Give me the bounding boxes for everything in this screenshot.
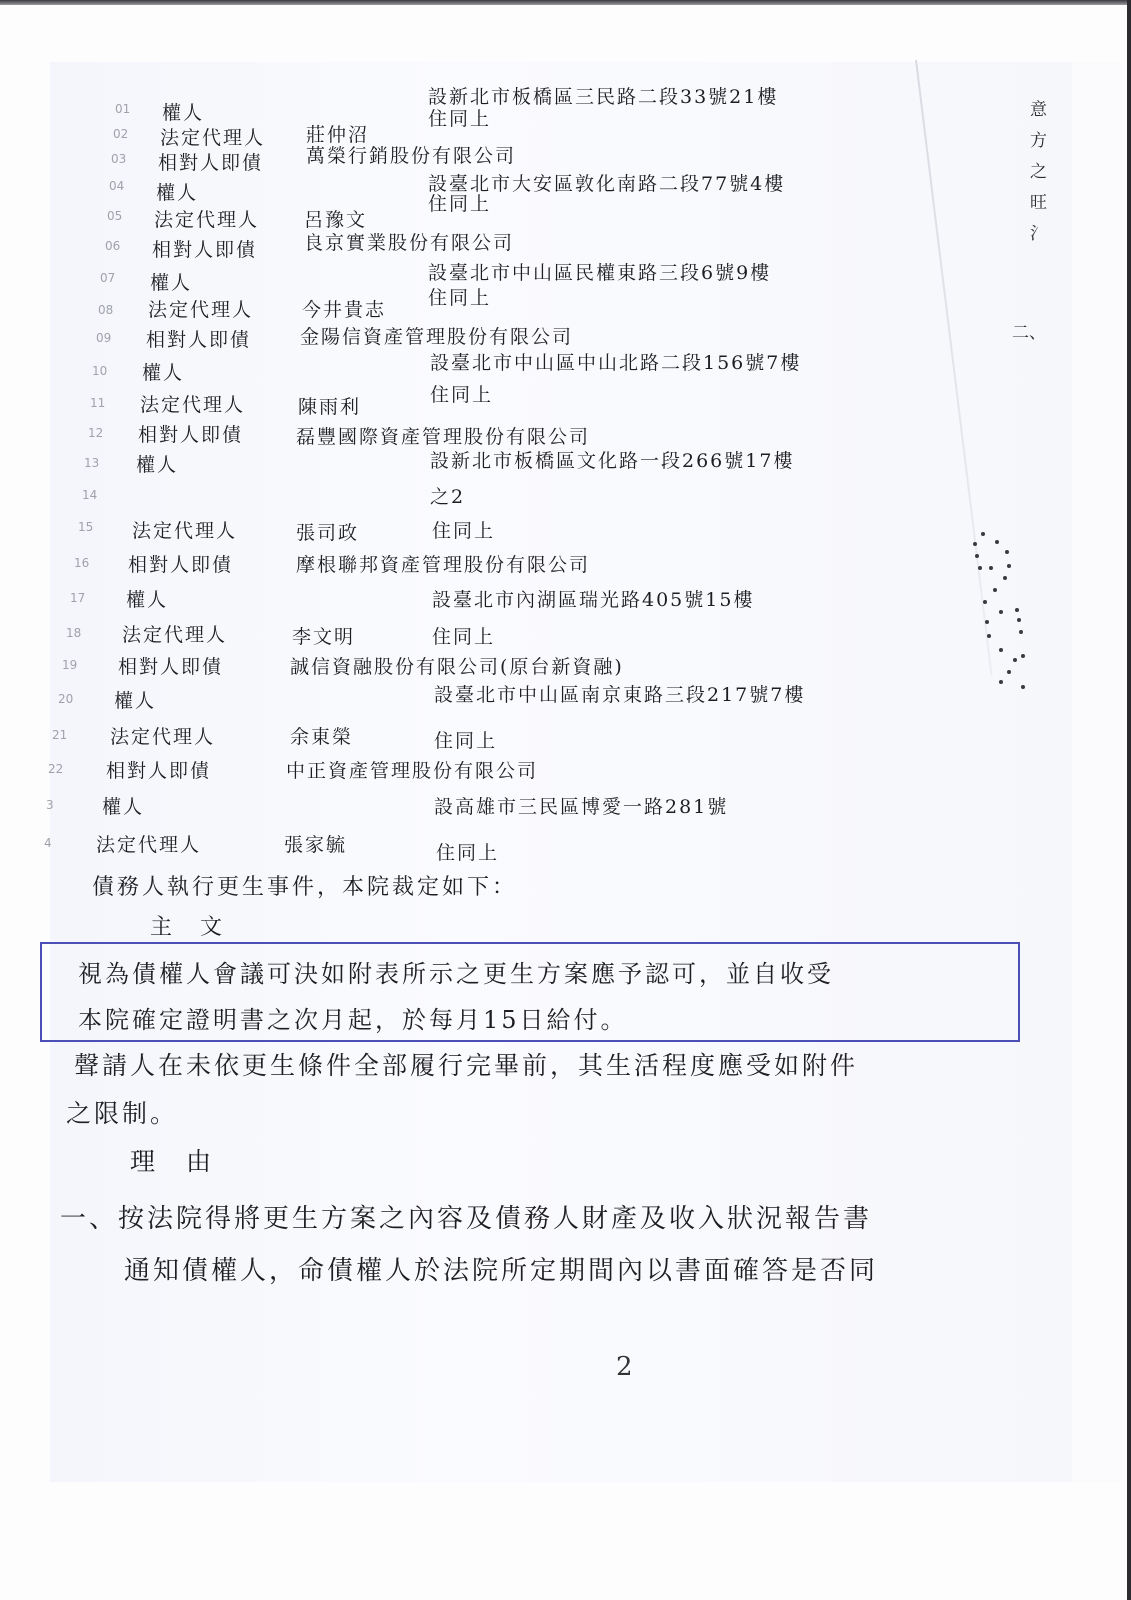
party-address: 住同上 — [436, 838, 499, 865]
party-role: 法定代理人 — [148, 295, 253, 322]
line-number: 02 — [113, 127, 128, 141]
line-number: 11 — [90, 396, 105, 410]
party-role: 法定代理人 — [96, 830, 201, 857]
party-role: 權人 — [114, 686, 156, 713]
line-number: 01 — [115, 102, 130, 116]
party-role: 權人 — [150, 268, 192, 295]
party-role: 權人 — [136, 450, 178, 477]
party-role: 權人 — [162, 98, 204, 125]
adjacent-page-strip — [1072, 62, 1122, 1482]
adjacent-char: 意 — [1030, 95, 1070, 126]
party-role: 相對人即債 — [128, 550, 233, 577]
party-name: 磊豐國際資產管理股份有限公司 — [296, 422, 590, 449]
line-number: 08 — [98, 303, 113, 317]
party-address: 設臺北市中山區民權東路三段6號9樓 — [428, 258, 771, 285]
party-role: 法定代理人 — [132, 516, 237, 543]
adjacent-char: 氵 — [1030, 219, 1070, 250]
party-address: 設新北市板橋區文化路一段266號17樓 — [430, 446, 794, 473]
party-role: 相對人即債 — [118, 652, 223, 679]
party-role: 權人 — [142, 358, 184, 385]
line-number: 10 — [92, 364, 107, 378]
party-role: 法定代理人 — [160, 123, 265, 150]
line-number: 18 — [66, 626, 81, 640]
party-name: 張家毓 — [284, 830, 347, 857]
party-name: 李文明 — [292, 622, 355, 649]
reason-line-1: 一、按法院得將更生方案之內容及債務人財產及收入狀況報告書 — [60, 1198, 872, 1235]
reason-line-2: 通知債權人，命債權人於法院所定期間內以書面確答是否同 — [124, 1250, 878, 1287]
party-role: 權人 — [156, 178, 198, 205]
line-number: 3 — [46, 798, 54, 812]
adjacent-char: 之 — [1030, 157, 1070, 188]
line-number: 13 — [84, 456, 99, 470]
party-address: 住同上 — [434, 726, 497, 753]
line-number: 09 — [96, 331, 111, 345]
adjacent-char: 旺 — [1030, 188, 1070, 219]
main-heading: 主 文 — [150, 910, 225, 941]
line-number: 07 — [100, 271, 115, 285]
line-number: 21 — [52, 728, 67, 742]
adjacent-page-item: 二、 — [1012, 318, 1052, 349]
line-number: 03 — [111, 152, 126, 166]
line-number: 04 — [109, 179, 124, 193]
reason-heading: 理 由 — [130, 1142, 214, 1178]
party-role: 法定代理人 — [154, 205, 259, 232]
party-address: 設臺北市中山區南京東路三段217號7樓 — [434, 680, 805, 707]
party-name: 陳雨利 — [298, 392, 361, 419]
scan-edge-right — [1127, 0, 1131, 1600]
party-name: 余東榮 — [290, 722, 353, 749]
adjacent-page-text: 意 方 之 旺 氵 — [1030, 95, 1070, 250]
scan-edge-top — [0, 0, 1131, 5]
line-number: 05 — [107, 209, 122, 223]
line-number: 12 — [88, 426, 103, 440]
party-role: 法定代理人 — [110, 722, 215, 749]
party-role: 權人 — [102, 792, 144, 819]
line-number: 14 — [82, 488, 97, 502]
party-name: 金陽信資產管理股份有限公司 — [300, 322, 573, 349]
party-address: 住同上 — [428, 104, 491, 131]
line-number: 06 — [105, 239, 120, 253]
party-name: 萬榮行銷股份有限公司 — [306, 141, 516, 168]
line-number: 4 — [44, 836, 52, 850]
line-number: 20 — [58, 692, 73, 706]
party-role: 權人 — [126, 585, 168, 612]
restriction-line-2: 之限制。 — [66, 1094, 178, 1130]
binding-punch-holes-icon — [975, 530, 1045, 690]
party-name: 良京實業股份有限公司 — [304, 228, 514, 255]
ruling-line-2: 本院確定證明書之次月起，於每月15日給付。 — [78, 1000, 628, 1035]
line-number: 19 — [62, 658, 77, 672]
restriction-line-1: 聲請人在未依更生條件全部履行完畢前，其生活程度應受如附件 — [74, 1046, 858, 1082]
intro-text: 債務人執行更生事件，本院裁定如下： — [92, 870, 517, 901]
party-role: 相對人即債 — [152, 235, 257, 262]
party-name: 摩根聯邦資產管理股份有限公司 — [296, 550, 590, 577]
adjacent-char: 方 — [1030, 126, 1070, 157]
party-role: 相對人即債 — [106, 756, 211, 783]
party-address: 設臺北市內湖區瑞光路405號15樓 — [432, 585, 754, 612]
party-address: 之2 — [430, 482, 465, 509]
line-number: 22 — [48, 762, 63, 776]
party-name: 誠信資融股份有限公司(原台新資融) — [290, 652, 624, 679]
party-role: 法定代理人 — [140, 390, 245, 417]
ruling-line-1: 視為債權人會議可決如附表所示之更生方案應予認可，並自收受 — [78, 954, 834, 989]
line-number: 16 — [74, 556, 89, 570]
party-address: 住同上 — [430, 380, 493, 407]
party-address: 設臺北市中山區中山北路二段156號7樓 — [430, 348, 801, 375]
party-address: 住同上 — [428, 189, 491, 216]
party-role: 相對人即債 — [158, 148, 263, 175]
page-number: 2 — [616, 1352, 633, 1382]
party-name: 今井貴志 — [302, 295, 386, 322]
line-number: 15 — [78, 520, 93, 534]
line-number: 17 — [70, 591, 85, 605]
party-address: 住同上 — [432, 622, 495, 649]
party-role: 相對人即債 — [146, 325, 251, 352]
party-address: 住同上 — [428, 283, 491, 310]
party-role: 相對人即債 — [138, 420, 243, 447]
party-address: 設高雄市三民區博愛一路281號 — [434, 792, 728, 819]
party-address: 住同上 — [432, 516, 495, 543]
party-role: 法定代理人 — [122, 620, 227, 647]
party-name: 張司政 — [296, 518, 359, 545]
party-name: 中正資產管理股份有限公司 — [286, 756, 538, 783]
